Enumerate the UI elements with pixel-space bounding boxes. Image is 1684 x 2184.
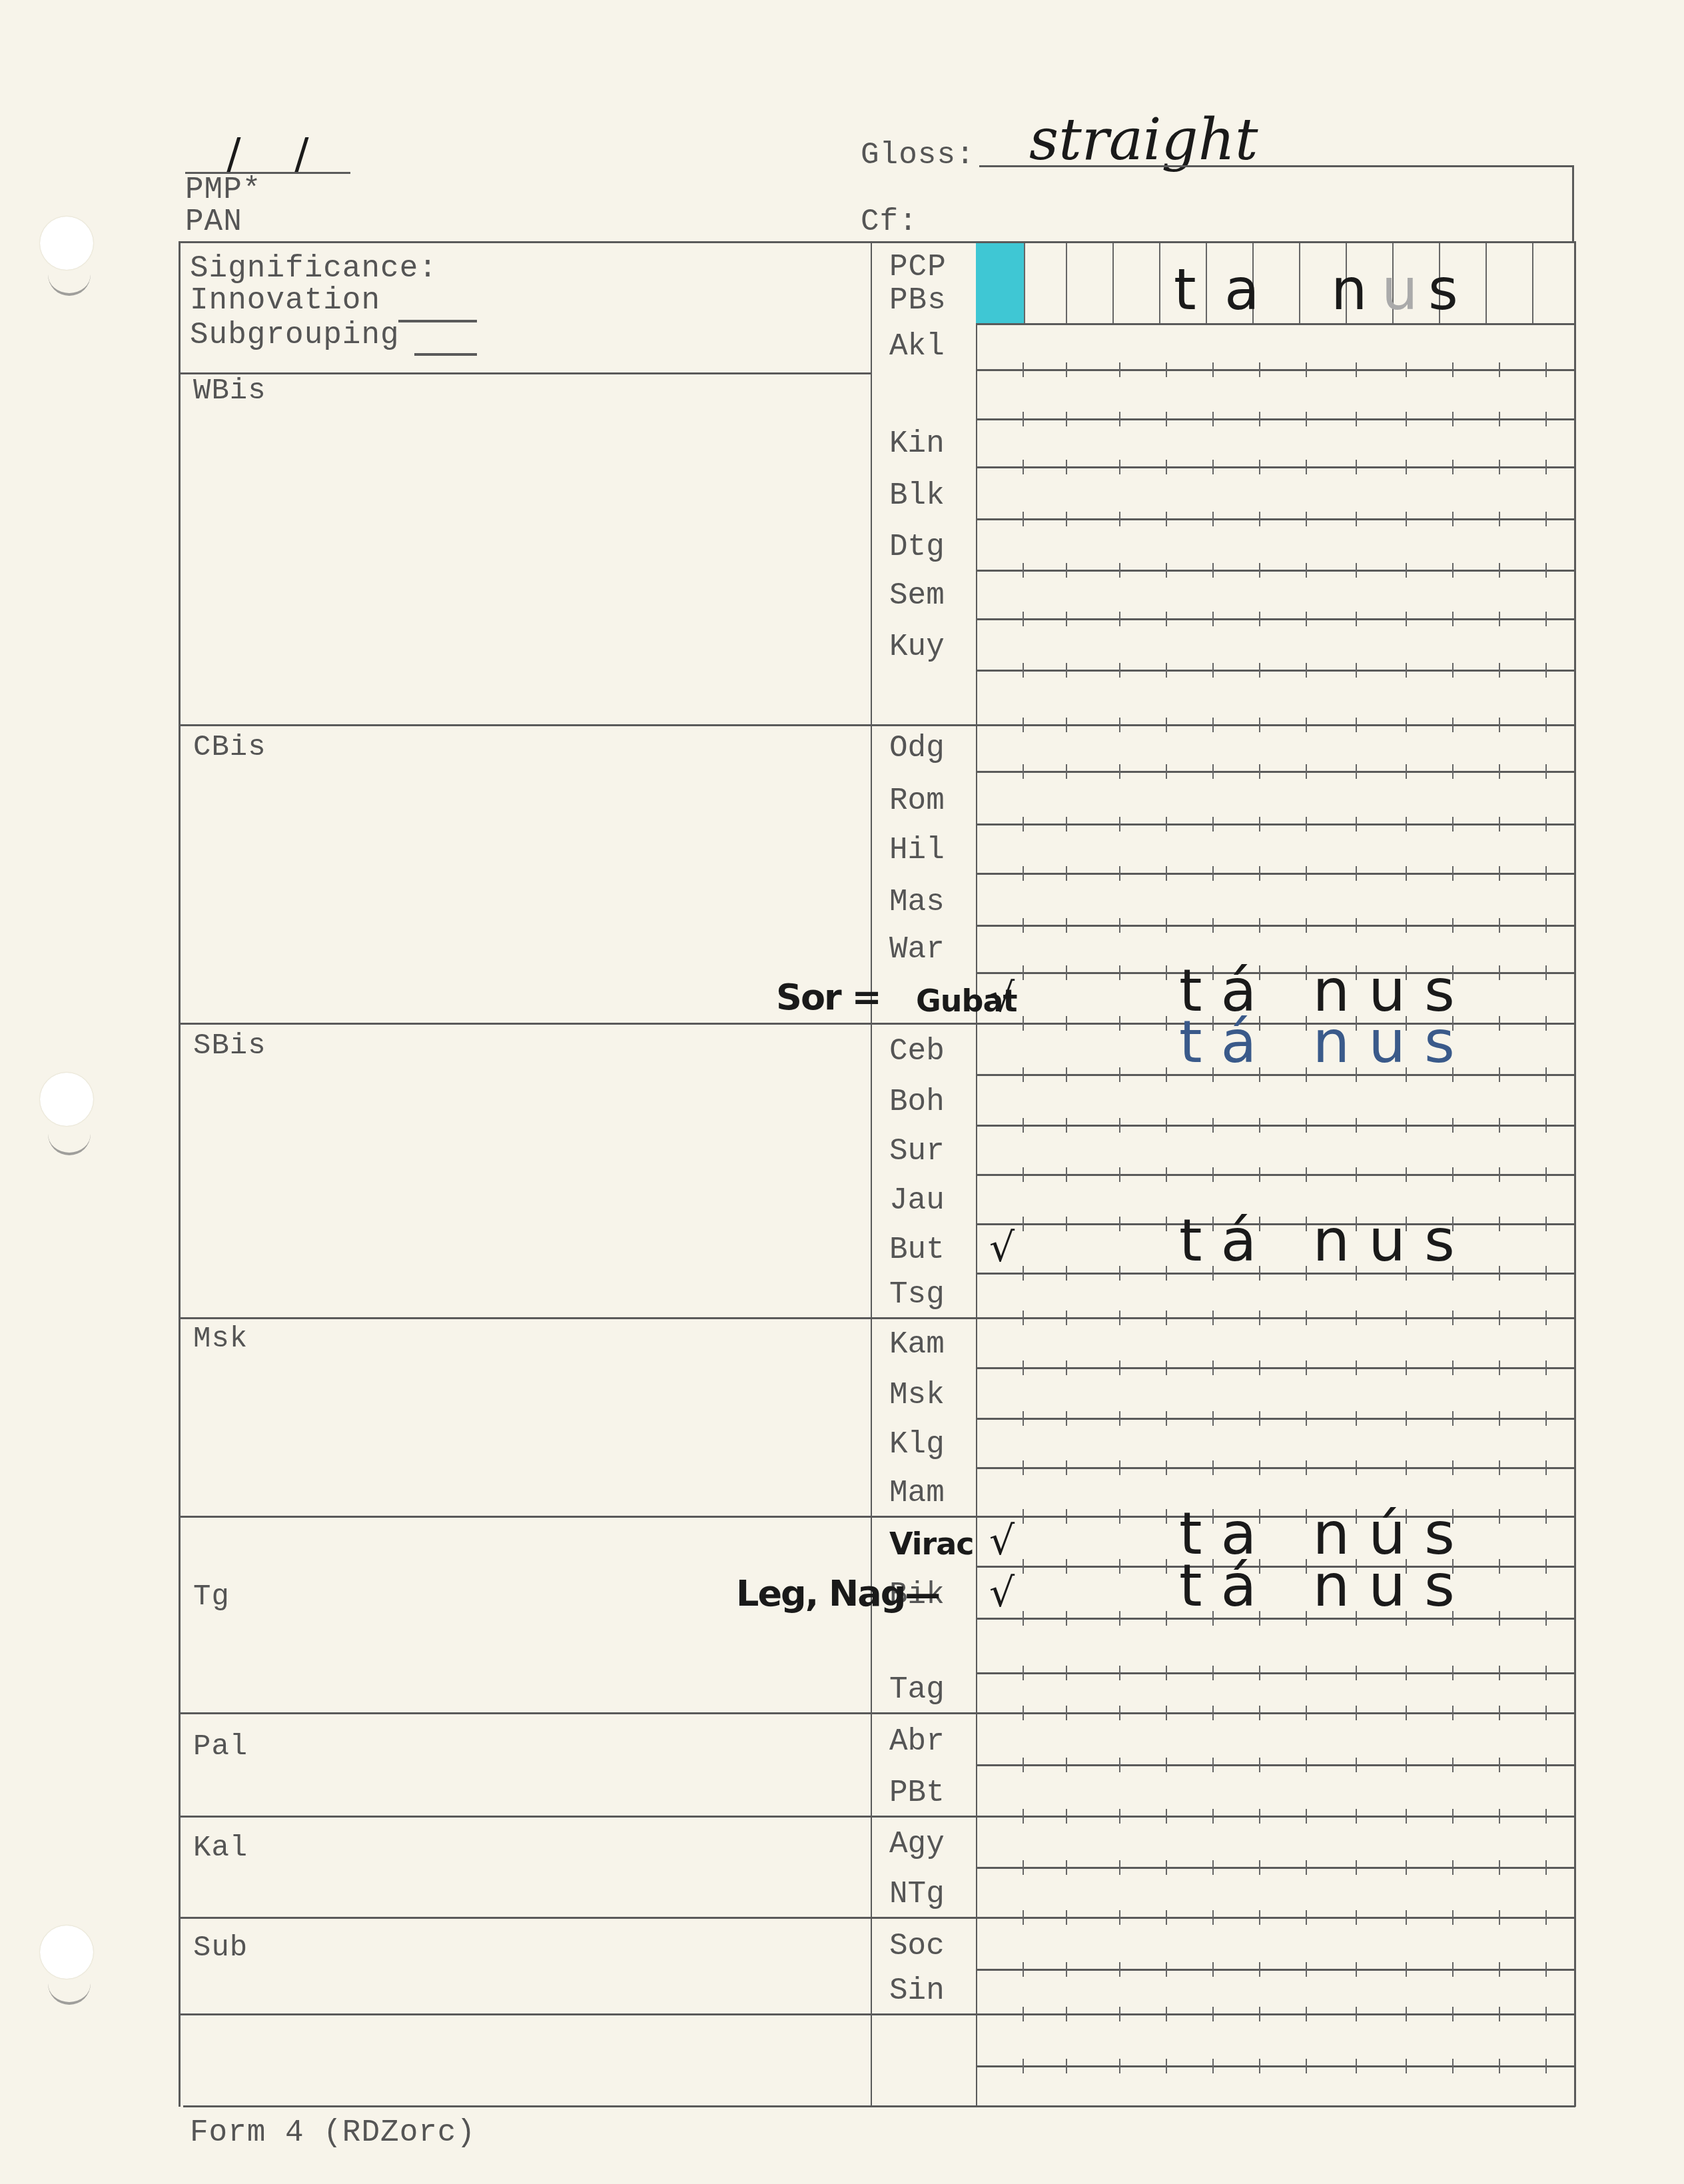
row-tick: [1166, 718, 1167, 732]
row-tick: [1066, 1217, 1067, 1231]
row-tick: [1166, 1067, 1167, 1082]
row-tick: [1306, 1118, 1307, 1133]
row-tick: [1023, 1167, 1024, 1182]
form-label: Form 4 (RDZorc): [190, 2117, 476, 2148]
proto-highlight-cell: [976, 243, 1024, 323]
proto-cell-divider: [1112, 243, 1114, 323]
row-tick: [1166, 2007, 1167, 2021]
row-tick: [1066, 1509, 1067, 1524]
row-tick: [1023, 412, 1024, 426]
row-tick: [1306, 1311, 1307, 1325]
row-tick: [1545, 1962, 1547, 1977]
innovation-blank[interactable]: [398, 320, 477, 322]
row-tick: [1066, 663, 1067, 678]
row-tick: [1499, 1266, 1500, 1281]
row-tick: [1166, 1217, 1167, 1231]
row-tick: [1119, 1266, 1120, 1281]
row-tick: [1356, 1666, 1357, 1680]
row-tick: [1356, 563, 1357, 578]
row-tick: [1499, 1361, 1500, 1375]
row-tick: [1306, 764, 1307, 779]
row-tick: [1119, 1311, 1120, 1325]
row-tick: [1306, 2059, 1307, 2073]
language-code-jau: Jau: [889, 1183, 945, 1218]
row-tick: [1452, 460, 1454, 474]
row-tick: [1023, 512, 1024, 526]
row-tick: [1452, 866, 1454, 881]
row-tick: [1452, 362, 1454, 377]
marginal-note: Leg, Nag—: [736, 1572, 939, 1614]
row-tick: [1166, 764, 1167, 779]
row-tick: [1452, 817, 1454, 831]
row-tick: [1212, 2007, 1214, 2021]
row-tick: [1306, 718, 1307, 732]
row-tick: [1119, 1411, 1120, 1426]
row-tick: [1545, 1217, 1547, 1231]
row-tick: [1545, 764, 1547, 779]
row-tick: [1499, 1311, 1500, 1325]
row-tick: [1023, 1311, 1024, 1325]
row-tick: [1406, 918, 1407, 933]
row-tick: [1452, 1311, 1454, 1325]
row-tick: [1452, 1118, 1454, 1133]
frame-right: [1574, 241, 1576, 2107]
row-tick: [1212, 1361, 1214, 1375]
row-tick: [1166, 1611, 1167, 1626]
row-tick: [1119, 1217, 1120, 1231]
row-tick: [1545, 412, 1547, 426]
row-tick: [1259, 1361, 1260, 1375]
row-tick: [1212, 1706, 1214, 1720]
row-tick: [1499, 965, 1500, 980]
row-tick: [1166, 362, 1167, 377]
language-code-ceb: Ceb: [889, 1034, 945, 1069]
row-tick: [1452, 1706, 1454, 1720]
row-tick: [1545, 362, 1547, 377]
row-tick: [1499, 1167, 1500, 1182]
proto-row-bottom: [976, 323, 1574, 325]
check-mark-icon: √: [989, 1225, 1015, 1271]
row-tick: [1356, 817, 1357, 831]
row-tick: [1212, 412, 1214, 426]
check-mark-icon: √: [989, 1570, 1015, 1616]
row-tick: [1066, 2059, 1067, 2073]
row-tick: [1545, 965, 1547, 980]
row-tick: [1166, 1559, 1167, 1574]
row-tick: [1119, 1809, 1120, 1824]
row-tick: [1166, 460, 1167, 474]
row-tick: [1259, 612, 1260, 626]
row-tick: [1066, 1411, 1067, 1426]
row-tick: [1306, 1758, 1307, 1772]
row-tick: [1545, 817, 1547, 831]
row-tick: [1545, 2059, 1547, 2073]
row-tick: [1259, 412, 1260, 426]
row-tick: [1306, 1860, 1307, 1875]
row-tick: [1023, 965, 1024, 980]
row-tick: [1499, 1559, 1500, 1574]
row-tick: [1119, 718, 1120, 732]
language-code-dtg: Dtg: [889, 530, 945, 564]
row-tick: [1212, 1118, 1214, 1133]
language-code-kam: Kam: [889, 1327, 945, 1362]
row-tick: [1499, 1118, 1500, 1133]
row-tick: [1166, 1118, 1167, 1133]
row-tick: [1212, 1411, 1214, 1426]
binder-hole-top-shadow: [48, 267, 91, 296]
row-tick: [1166, 817, 1167, 831]
language-code-rom: Rom: [889, 784, 945, 818]
row-tick: [1212, 1167, 1214, 1182]
row-tick: [1119, 512, 1120, 526]
row-tick: [1452, 2059, 1454, 2073]
row-tick: [1356, 1361, 1357, 1375]
row-tick: [1406, 1706, 1407, 1720]
row-tick: [1023, 1809, 1024, 1824]
row-tick: [1406, 362, 1407, 377]
row-tick: [1023, 563, 1024, 578]
row-tick: [1499, 512, 1500, 526]
row-tick: [1499, 817, 1500, 831]
row-tick: [1066, 1311, 1067, 1325]
row-tick: [1356, 866, 1357, 881]
binder-hole-middle-shadow: [48, 1126, 91, 1155]
row-tick: [1166, 1311, 1167, 1325]
language-code-sem: Sem: [889, 578, 945, 613]
row-tick: [1452, 1809, 1454, 1824]
row-tick: [1306, 612, 1307, 626]
row-tick: [1452, 1962, 1454, 1977]
row-tick: [1066, 817, 1067, 831]
row-tick: [1452, 563, 1454, 578]
row-tick: [1545, 918, 1547, 933]
row-tick: [1406, 1962, 1407, 1977]
row-tick: [1452, 1460, 1454, 1475]
row-tick: [1452, 612, 1454, 626]
row-tick: [1356, 1910, 1357, 1925]
group-divider: [179, 1712, 976, 1714]
row-tick: [1499, 1016, 1500, 1031]
row-tick: [1259, 764, 1260, 779]
row-tick: [1406, 2007, 1407, 2021]
row-tick: [1356, 1860, 1357, 1875]
row-tick: [1212, 2059, 1214, 2073]
row-tick: [1119, 1118, 1120, 1133]
row-tick: [1545, 1860, 1547, 1875]
row-tick: [1406, 2059, 1407, 2073]
row-tick: [1212, 1910, 1214, 1925]
row-tick: [1306, 1910, 1307, 1925]
proto-cell-divider: [1206, 243, 1207, 323]
row-tick: [1306, 918, 1307, 933]
row-tick: [1406, 718, 1407, 732]
language-code-sin: Sin: [889, 1973, 945, 2008]
row-tick: [1452, 412, 1454, 426]
row-tick: [1166, 1666, 1167, 1680]
row-tick: [1166, 612, 1167, 626]
group-label-sub: Sub: [193, 1933, 248, 1963]
language-code-ntg: NTg: [889, 1877, 945, 1911]
row-tick: [1545, 1910, 1547, 1925]
proto-segment: t: [1174, 257, 1196, 323]
row-tick: [1066, 1860, 1067, 1875]
row-tick: [1306, 817, 1307, 831]
proto-cell-divider: [1066, 243, 1067, 323]
row-tick: [1066, 1167, 1067, 1182]
row-tick: [1023, 764, 1024, 779]
row-tick: [1212, 362, 1214, 377]
row-tick: [1259, 866, 1260, 881]
row-tick: [1356, 1706, 1357, 1720]
innovation-label: Innovation: [190, 285, 380, 316]
significance-title: Significance:: [190, 253, 438, 284]
row-tick: [1545, 718, 1547, 732]
row-tick: [1406, 1311, 1407, 1325]
row-tick: [1166, 412, 1167, 426]
row-tick: [1306, 1411, 1307, 1426]
row-tick: [1066, 460, 1067, 474]
row-tick: [1545, 1167, 1547, 1182]
row-tick: [1166, 1411, 1167, 1426]
row-tick: [1406, 1411, 1407, 1426]
row-tick: [1023, 1361, 1024, 1375]
row-tick: [1023, 1509, 1024, 1524]
row-tick: [1066, 1910, 1067, 1925]
row-tick: [1166, 1809, 1167, 1824]
row-tick: [1545, 1758, 1547, 1772]
row-tick: [1545, 1361, 1547, 1375]
row-tick: [1259, 1758, 1260, 1772]
row-tick: [1066, 612, 1067, 626]
row-tick: [1166, 1910, 1167, 1925]
row-tick: [1452, 1411, 1454, 1426]
proto-cell-divider: [1485, 243, 1487, 323]
row-tick: [1356, 2007, 1357, 2021]
row-tick: [1356, 362, 1357, 377]
row-tick: [1212, 1460, 1214, 1475]
row-tick: [1406, 1860, 1407, 1875]
row-tick: [1066, 718, 1067, 732]
row-tick: [1545, 1311, 1547, 1325]
row-tick: [1356, 663, 1357, 678]
row-tick: [1499, 2059, 1500, 2073]
row-tick: [1066, 1706, 1067, 1720]
group-label-sbis: SBis: [193, 1031, 266, 1061]
group-divider: [179, 1917, 976, 1919]
language-code-mas: Mas: [889, 885, 945, 919]
row-tick: [1356, 612, 1357, 626]
row-tick: [1212, 1758, 1214, 1772]
row-tick: [1306, 512, 1307, 526]
row-tick: [1356, 2059, 1357, 2073]
row-tick: [1356, 1311, 1357, 1325]
row-tick: [1212, 918, 1214, 933]
row-tick: [1259, 918, 1260, 933]
row-tick: [1499, 1758, 1500, 1772]
row-tick: [1406, 866, 1407, 881]
language-code-mam: Mam: [889, 1476, 945, 1510]
row-tick: [1545, 1559, 1547, 1574]
row-tick: [1499, 663, 1500, 678]
row-tick: [1166, 663, 1167, 678]
group-label-wbis: WBis: [193, 376, 266, 406]
row-tick: [1119, 2007, 1120, 2021]
row-tick: [1499, 1666, 1500, 1680]
row-tick: [1356, 1411, 1357, 1426]
row-tick: [1119, 918, 1120, 933]
row-tick: [1119, 412, 1120, 426]
row-tick: [1356, 460, 1357, 474]
row-tick: [1259, 1706, 1260, 1720]
row-tick: [1306, 866, 1307, 881]
row-tick: [1259, 1167, 1260, 1182]
row-tick: [1545, 1411, 1547, 1426]
language-code-agy: Agy: [889, 1827, 945, 1862]
row-tick: [1023, 1067, 1024, 1082]
check-mark-icon: √: [989, 975, 1015, 1021]
row-tick: [1259, 512, 1260, 526]
row-tick: [1119, 663, 1120, 678]
row-tick: [1023, 1962, 1024, 1977]
cf-label: Cf:: [861, 207, 918, 237]
group-label-cbis: CBis: [193, 733, 266, 762]
row-tick: [1066, 1067, 1067, 1082]
row-tick: [1066, 1266, 1067, 1281]
row-tick: [1066, 965, 1067, 980]
language-code-klg: Klg: [889, 1427, 945, 1462]
row-tick: [1545, 663, 1547, 678]
row-tick: [1452, 663, 1454, 678]
row-tick: [1066, 2007, 1067, 2021]
language-code-msk: Msk: [889, 1378, 945, 1412]
row-tick: [1452, 1361, 1454, 1375]
row-tick: [1306, 1809, 1307, 1824]
row-tick: [1119, 1559, 1120, 1574]
row-tick: [1023, 1411, 1024, 1426]
row-tick: [1306, 2007, 1307, 2021]
label-grid-divider: [976, 241, 977, 2105]
row-tick: [1499, 1611, 1500, 1626]
row-tick: [1259, 1311, 1260, 1325]
group-label-kal: Kal: [193, 1834, 248, 1863]
row-tick: [1259, 718, 1260, 732]
row-tick: [1119, 817, 1120, 831]
row-tick: [1023, 612, 1024, 626]
row-tick: [1306, 1962, 1307, 1977]
binder-hole-top: [40, 217, 93, 270]
row-tick: [1119, 1611, 1120, 1626]
row-tick: [1166, 1860, 1167, 1875]
row-tick: [1023, 1559, 1024, 1574]
row-tick: [1166, 1361, 1167, 1375]
row-tick: [1545, 1706, 1547, 1720]
row-tick: [1499, 1509, 1500, 1524]
proto-cell-divider: [1532, 243, 1533, 323]
row-tick: [1023, 1706, 1024, 1720]
row-tick: [1023, 1266, 1024, 1281]
language-code-tag: Tag: [889, 1672, 945, 1707]
row-tick: [1166, 1016, 1167, 1031]
row-tick: [1119, 1016, 1120, 1031]
gloss-label: Gloss:: [861, 140, 975, 171]
row-tick: [1166, 1460, 1167, 1475]
row-tick: [1259, 1118, 1260, 1133]
row-tick: [1306, 1460, 1307, 1475]
row-tick: [1452, 918, 1454, 933]
row-tick: [1356, 1809, 1357, 1824]
row-tick: [1066, 1016, 1067, 1031]
row-tick: [1499, 612, 1500, 626]
row-tick: [1499, 1706, 1500, 1720]
subgrouping-blank[interactable]: [414, 353, 477, 356]
row-tick: [1212, 1809, 1214, 1824]
row-tick: [1499, 2007, 1500, 2021]
row-tick: [1406, 612, 1407, 626]
row-tick: [1023, 1118, 1024, 1133]
row-tick: [1545, 1016, 1547, 1031]
row-tick: [1166, 512, 1167, 526]
row-tick: [1406, 817, 1407, 831]
row-tick: [1356, 1758, 1357, 1772]
row-tick: [1166, 918, 1167, 933]
row-tick: [1023, 1217, 1024, 1231]
row-tick: [1452, 764, 1454, 779]
row-tick: [1499, 1962, 1500, 1977]
row-tick: [1119, 612, 1120, 626]
row-tick: [1356, 718, 1357, 732]
group-divider: [179, 1023, 976, 1025]
row-tick: [1452, 1910, 1454, 1925]
row-tick: [1545, 1509, 1547, 1524]
group-label-msk: Msk: [193, 1325, 248, 1354]
row-tick: [1406, 1460, 1407, 1475]
row-tick: [1259, 1809, 1260, 1824]
row-tick: [1212, 1962, 1214, 1977]
language-code-kuy: Kuy: [889, 630, 945, 664]
group-divider: [179, 2013, 976, 2015]
language-code-blk: Blk: [889, 478, 945, 513]
row-tick: [1212, 1860, 1214, 1875]
row-tick: [1023, 866, 1024, 881]
row-tick: [1066, 563, 1067, 578]
language-code-war: War: [889, 932, 945, 967]
proto-segment: s: [1428, 257, 1458, 323]
row-tick: [1259, 1962, 1260, 1977]
proto-segment: u: [1382, 257, 1418, 323]
row-tick: [1066, 1118, 1067, 1133]
row-tick: [1066, 1962, 1067, 1977]
cognate-form: tá nus: [1179, 1551, 1473, 1620]
row-tick: [1066, 764, 1067, 779]
row-tick: [1499, 1910, 1500, 1925]
grid-right-border-top: [1572, 165, 1574, 243]
frame-top: [179, 241, 1574, 243]
group-divider: [179, 1317, 976, 1319]
row-tick: [1306, 460, 1307, 474]
row-tick: [1212, 512, 1214, 526]
marginal-note: Sor =: [776, 976, 881, 1018]
row-tick: [1306, 663, 1307, 678]
row-tick: [1166, 1266, 1167, 1281]
row-tick: [1545, 563, 1547, 578]
row-tick: [1406, 1167, 1407, 1182]
row-tick: [1119, 1758, 1120, 1772]
row-tick: [1066, 866, 1067, 881]
row-tick: [1023, 918, 1024, 933]
row-tick: [1119, 764, 1120, 779]
row-tick: [1212, 817, 1214, 831]
row-tick: [1166, 1167, 1167, 1182]
